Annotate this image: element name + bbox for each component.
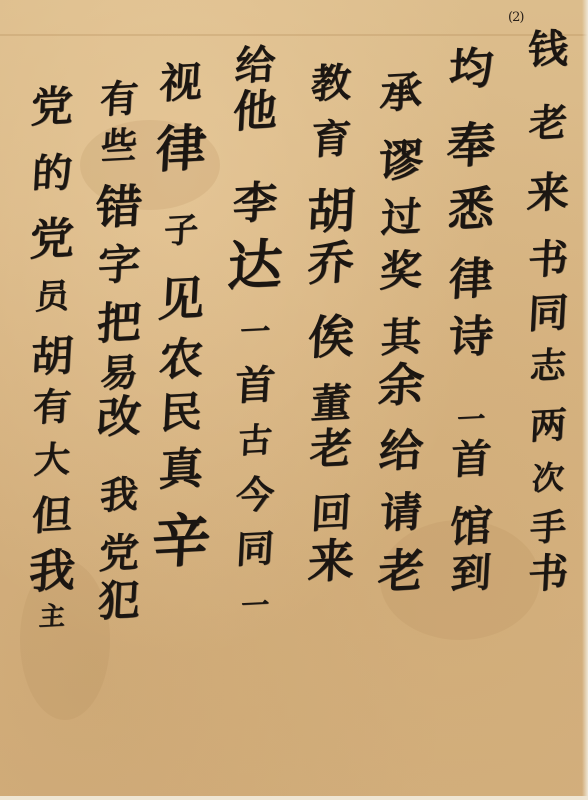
character: 手 — [529, 509, 567, 547]
character: 达 — [226, 237, 283, 294]
character: 但 — [31, 495, 73, 537]
character: 今 — [235, 475, 275, 515]
character: 错 — [95, 183, 144, 231]
character: 教 — [310, 63, 352, 105]
character: 老 — [377, 547, 426, 595]
character: 俟 — [307, 313, 356, 361]
character: 李 — [232, 181, 278, 227]
character: 农 — [158, 337, 204, 383]
character: 辛 — [150, 511, 211, 572]
text-column-8: 党 的 党 员 胡 有 大 但 我 主 — [22, 86, 82, 630]
character: 字 — [97, 243, 141, 287]
character: 易 — [99, 353, 139, 393]
character: 育 — [310, 119, 352, 161]
character: 书 — [527, 553, 569, 595]
character: 来 — [526, 171, 570, 215]
character: 一 — [240, 591, 270, 620]
character: 请 — [379, 491, 423, 535]
character: 古 — [237, 423, 273, 459]
character: 胡 — [30, 335, 74, 379]
character: 两 — [529, 407, 567, 445]
character: 董 — [310, 383, 352, 425]
character: 同 — [527, 293, 569, 335]
text-column-2: 均 奉 悉 律 诗 一 首 馆 到 — [440, 48, 502, 594]
character: 视 — [159, 61, 203, 105]
text-column-3: 承 谬 过 奖 其 余 给 请 老 — [368, 72, 434, 594]
text-column-1: 钱 老 来 书 同 志 两 次 手 书 — [518, 30, 578, 594]
character: 党 — [29, 217, 75, 263]
character: 老 — [528, 103, 568, 143]
character: 老 — [309, 427, 353, 471]
character: 诗 — [448, 315, 494, 361]
character: 来 — [307, 537, 356, 585]
character: 胡 — [306, 187, 357, 237]
character: 党 — [98, 533, 140, 575]
text-column-4: 教 育 胡 乔 俟 董 老 回 来 — [298, 64, 364, 584]
character: 余 — [377, 361, 426, 409]
character: 承 — [379, 71, 423, 115]
character: 律 — [448, 257, 494, 303]
character: 员 — [34, 279, 70, 315]
character: 我 — [99, 475, 139, 515]
character: 他 — [232, 89, 278, 135]
character: 馆 — [449, 505, 493, 549]
character: 民 — [159, 391, 203, 435]
character: 给 — [234, 45, 276, 87]
character: 些 — [100, 127, 138, 165]
character: 首 — [234, 365, 276, 407]
character: 谬 — [378, 139, 424, 185]
character: 奉 — [446, 121, 497, 171]
character: 奖 — [379, 249, 423, 293]
paper-edge-bottom — [0, 796, 588, 800]
character: 见 — [157, 275, 206, 323]
character: 同 — [235, 529, 275, 569]
character: 子 — [163, 213, 199, 249]
paper-edge-right — [582, 0, 588, 800]
text-column-7: 有 些 错 字 把 易 改 我 党 犯 — [88, 80, 150, 622]
character: 律 — [155, 123, 208, 176]
character: 到 — [450, 553, 492, 595]
character: 党 — [30, 85, 74, 129]
character: 把 — [96, 301, 142, 347]
character: 我 — [28, 547, 77, 595]
character: 大 — [33, 441, 71, 479]
character: 犯 — [97, 579, 141, 623]
character: 主 — [38, 603, 65, 630]
character: 乔 — [307, 239, 356, 287]
character: 的 — [31, 153, 73, 195]
character: 其 — [380, 317, 422, 359]
page-number: (2) — [508, 10, 523, 25]
character: 一 — [239, 317, 271, 349]
character: 钱 — [527, 29, 569, 71]
text-column-5: 给 他 李 达 一 首 古 今 同 一 — [222, 46, 288, 620]
character: 书 — [527, 239, 569, 281]
character: 悉 — [447, 185, 496, 233]
character: 给 — [378, 429, 424, 475]
character: 次 — [531, 461, 565, 495]
character: 改 — [96, 395, 142, 441]
character: 过 — [380, 197, 422, 239]
character: 志 — [529, 347, 567, 385]
character: 均 — [448, 47, 494, 93]
character: 有 — [32, 387, 72, 427]
character: 首 — [450, 439, 492, 481]
character: 一 — [456, 405, 486, 434]
character: 真 — [158, 447, 204, 493]
character: 有 — [99, 79, 139, 119]
paper-fold-line — [0, 34, 588, 36]
character: 回 — [310, 493, 352, 535]
letter-page: (2) 钱 老 来 书 同 志 两 次 手 书 均 奉 悉 律 诗 一 首 馆 … — [0, 0, 588, 800]
text-column-6: 视 律 子 见 农 民 真 辛 — [148, 62, 214, 570]
